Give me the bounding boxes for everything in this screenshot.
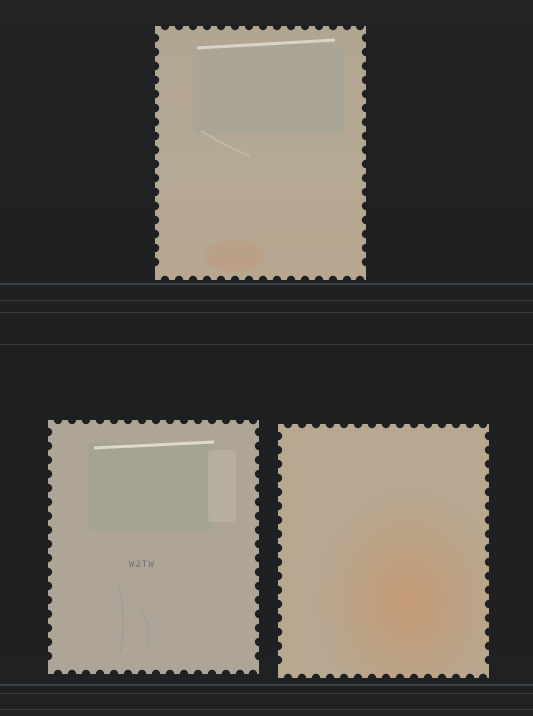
stock-strip-edge-upper (0, 283, 533, 285)
handstamp-mark: WT&W (128, 560, 154, 570)
strip-line (0, 300, 533, 301)
strip-line (0, 344, 533, 345)
perforated-stamp-paper (155, 26, 366, 280)
stamp-bottom-left[interactable]: WT&W (48, 420, 259, 674)
strip-line (0, 312, 533, 313)
stamp-bottom-right[interactable] (278, 424, 489, 678)
stock-strip-edge-lower (0, 684, 533, 686)
perforated-stamp-paper (48, 420, 259, 674)
stock-card: WT&W (0, 0, 533, 716)
stamp-top-center[interactable] (155, 26, 366, 280)
strip-line (0, 709, 533, 710)
strip-line (0, 693, 533, 694)
perforated-stamp-paper (278, 424, 489, 678)
